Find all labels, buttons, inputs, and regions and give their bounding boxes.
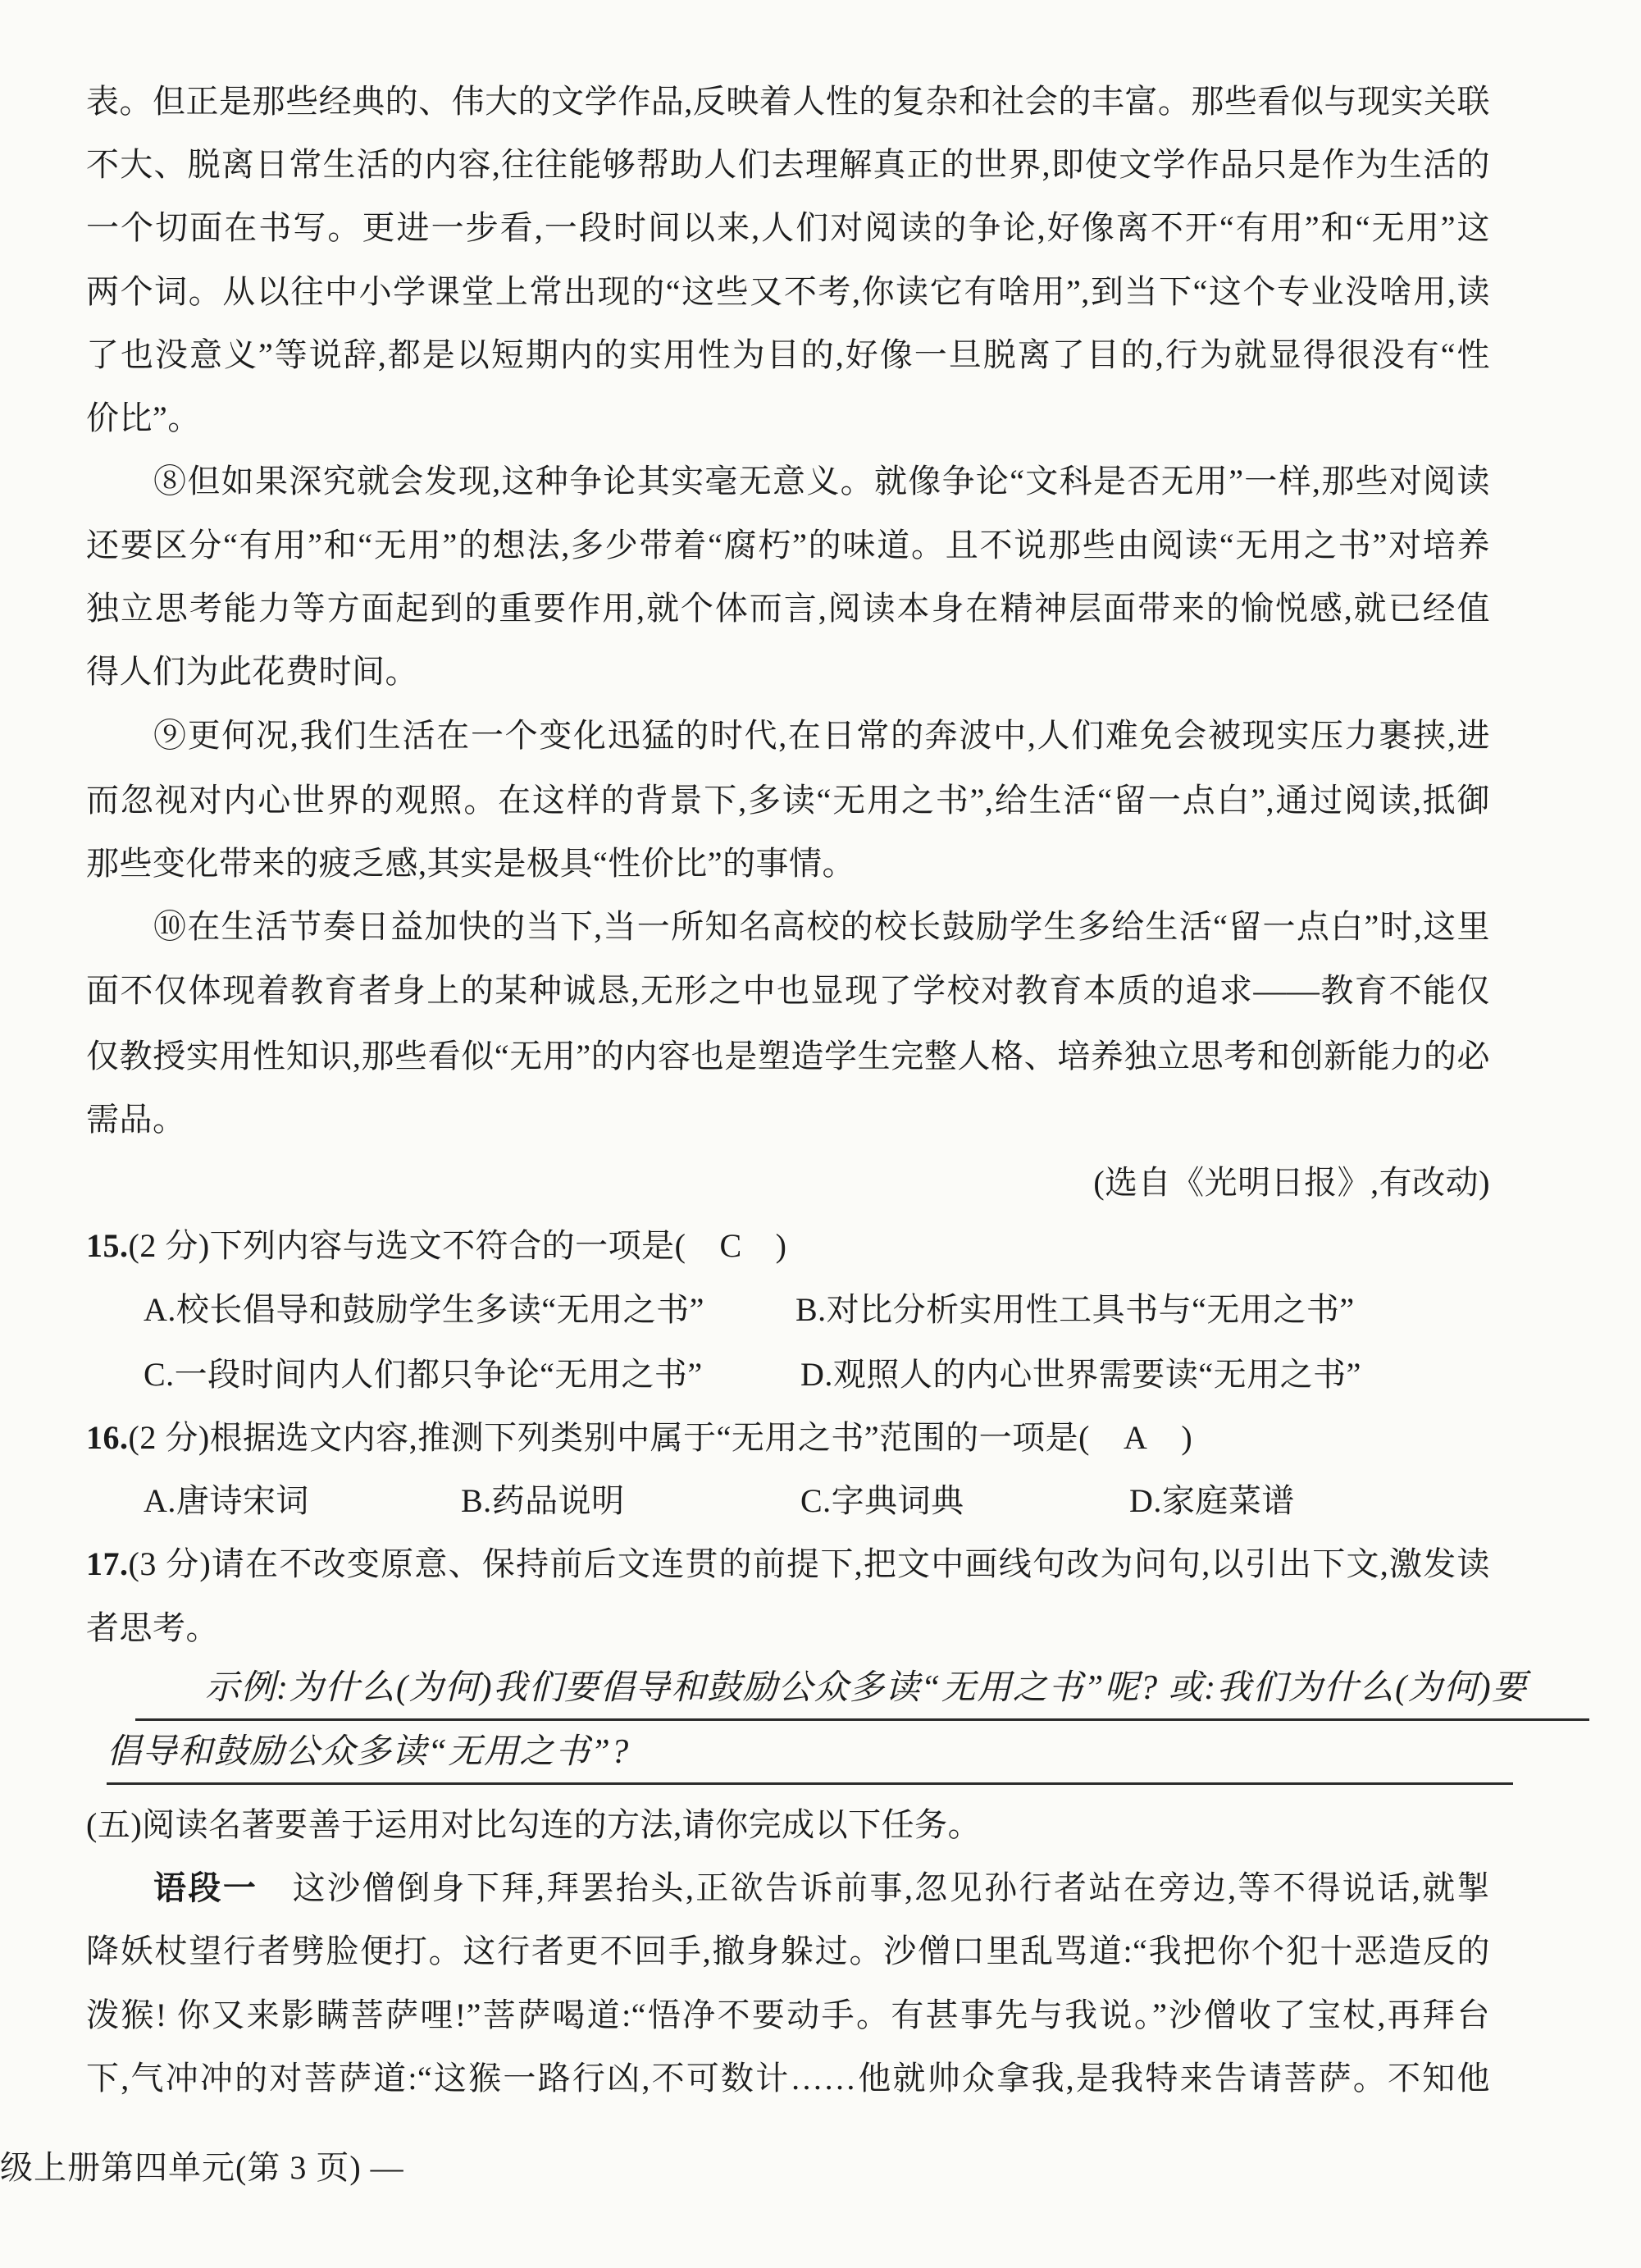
- question-number: 15.: [86, 1227, 129, 1264]
- text-run: 需品。: [86, 1101, 186, 1138]
- question-17-line-1: 17.(3 分)请在不改变原意、保持前后文连贯的前提下,把文中画线句改为问句,以…: [86, 1539, 1490, 1590]
- text-run: 者思考。: [86, 1609, 219, 1646]
- passage-paragraph-8-line-3: 独立思考能力等方面起到的重要作用,就个体而言,阅读本身在精神层面带来的愉悦感,就…: [86, 583, 1490, 634]
- passage-excerpt-1-line-1: 语段一 这沙僧倒身下拜,拜罢抬头,正欲告诉前事,忽见孙行者站在旁边,等不得说话,…: [153, 1863, 1490, 1914]
- text-run: 还要区分“有用”和“无用”的想法,多少带着“腐朽”的味道。且不说那些由阅读“无用…: [86, 527, 1490, 564]
- passage-excerpt-1-line-4: 下,气冲冲的对菩萨道:“这猴一路行凶,不可数计……他就帅众拿我,是我特来告请菩萨…: [86, 2053, 1490, 2104]
- question-15-line-3: C.一段时间内人们都只争论“无用之书”D.观照人的内心世界需要读“无用之书”: [86, 1349, 1490, 1400]
- passage-paragraph-9-line-2: 而忽视对内心世界的观照。在这样的背景下,多读“无用之书”,给生活“留一点白”,通…: [86, 775, 1490, 826]
- passage-paragraph-7-continuation-line-1: 表。但正是那些经典的、伟大的文学作品,反映着人性的复杂和社会的丰富。那些看似与现…: [86, 76, 1490, 127]
- text-run: 而忽视对内心世界的观照。在这样的背景下,多读“无用之书”,给生活“留一点白”,通…: [86, 782, 1490, 819]
- excerpt-label: 语段一: [153, 1869, 258, 1906]
- passage-source-line-1: (选自《光明日报》,有改动): [86, 1157, 1490, 1208]
- exam-page: 表。但正是那些经典的、伟大的文学作品,反映着人性的复杂和社会的丰富。那些看似与现…: [0, 0, 1641, 2268]
- question-16-line-2: A.唐诗宋词B.药品说明C.字典词典D.家庭菜谱: [86, 1476, 1490, 1526]
- section-heading: (五)阅读名著要善于运用对比勾连的方法,请你完成以下任务。: [86, 1806, 981, 1843]
- option-b: B.药品说明: [461, 1476, 625, 1526]
- passage-paragraph-10-line-1: ⑩在生活节奏日益加快的当下,当一所知名高校的校长鼓励学生多给生活“留一点白”时,…: [153, 901, 1490, 952]
- handwritten-answer: 示例:为什么(为何)我们要倡导和鼓励公众多读“无用之书”呢? 或:我们为什么(为…: [205, 1669, 1528, 1707]
- question-17-line-2: 者思考。: [86, 1603, 1490, 1654]
- text-run: 面不仅体现着教育者身上的某种诚恳,无形之中也显现了学校对教育本质的追求——教育不…: [86, 972, 1490, 1009]
- passage-excerpt-1-line-2: 降妖杖望行者劈脸便打。这行者更不回手,撤身躲过。沙僧口里乱骂道:“我把你个犯十恶…: [86, 1926, 1490, 1977]
- question-15-line-2: A.校长倡导和鼓励学生多读“无用之书”B.对比分析实用性工具书与“无用之书”: [86, 1285, 1490, 1335]
- passage-paragraph-7-continuation-line-5: 了也没意义”等说辞,都是以短期内的实用性为目的,好像一旦脱离了目的,行为就显得很…: [86, 330, 1490, 381]
- option-c: C.一段时间内人们都只争论“无用之书”: [144, 1349, 703, 1400]
- text-run: 那些变化带来的疲乏感,其实是极具“性价比”的事情。: [86, 845, 855, 882]
- handwritten-answer: 倡导和鼓励公众多读“无用之书”?: [107, 1733, 630, 1771]
- passage-paragraph-9-line-3: 那些变化带来的疲乏感,其实是极具“性价比”的事情。: [86, 838, 1490, 889]
- text-run: 独立思考能力等方面起到的重要作用,就个体而言,阅读本身在精神层面带来的愉悦感,就…: [86, 590, 1490, 627]
- text-run: 得人们为此花费时间。: [86, 653, 418, 690]
- option-a: A.唐诗宋词: [144, 1476, 309, 1526]
- passage-paragraph-9-line-1: ⑨更何况,我们生活在一个变化迅猛的时代,在日常的奔波中,人们难免会被现实压力裹挟…: [153, 710, 1490, 761]
- question-number: 17.: [86, 1545, 129, 1582]
- source-attribution: (选自《光明日报》,有改动): [1093, 1164, 1490, 1201]
- text-run: 不大、脱离日常生活的内容,往往能够帮助人们去理解真正的世界,即使文学作品只是作为…: [86, 146, 1490, 183]
- text-run: 下,气冲冲的对菩萨道:“这猴一路行凶,不可数计……他就帅众拿我,是我特来告请菩萨…: [86, 2060, 1490, 2097]
- option-c: C.字典词典: [800, 1476, 964, 1526]
- option-a: A.校长倡导和鼓励学生多读“无用之书”: [144, 1285, 704, 1335]
- question-15-line-1: 15.(2 分)下列内容与选文不符合的一项是( C ): [86, 1221, 1490, 1271]
- text-run: 降妖杖望行者劈脸便打。这行者更不回手,撤身躲过。沙僧口里乱骂道:“我把你个犯十恶…: [86, 1933, 1490, 1969]
- question-stem: (3 分)请在不改变原意、保持前后文连贯的前提下,把文中画线句改为问句,以引出下…: [129, 1545, 1491, 1582]
- passage-paragraph-7-continuation-line-6: 价比”。: [86, 393, 1490, 444]
- passage-paragraph-7-continuation-line-4: 两个词。从以往中小学课堂上常出现的“这些又不考,你读它有啥用”,到当下“这个专业…: [86, 267, 1490, 317]
- option-d: D.观照人的内心世界需要读“无用之书”: [800, 1349, 1361, 1400]
- text-run: 这沙僧倒身下拜,拜罢抬头,正欲告诉前事,忽见孙行者站在旁边,等不得说话,就掣: [258, 1869, 1490, 1906]
- passage-paragraph-8-line-1: ⑧但如果深究就会发现,这种争论其实毫无意义。就像争论“文科是否无用”一样,那些对…: [153, 456, 1490, 507]
- page-footer-text: 级上册第四单元(第 3 页) —: [0, 2149, 404, 2186]
- question-17-sample-answer-line-2: 倡导和鼓励公众多读“无用之书”?: [107, 1728, 1513, 1785]
- passage-paragraph-10-line-4: 需品。: [86, 1094, 1490, 1145]
- option-d: D.家庭菜谱: [1129, 1476, 1295, 1526]
- question-stem: (2 分)下列内容与选文不符合的一项是( C ): [129, 1227, 787, 1264]
- passage-paragraph-7-continuation-line-3: 一个切面在书写。更进一步看,一段时间以来,人们对阅读的争论,好像离不开“有用”和…: [86, 203, 1490, 253]
- text-run: 一个切面在书写。更进一步看,一段时间以来,人们对阅读的争论,好像离不开“有用”和…: [86, 209, 1490, 246]
- text-run: 两个词。从以往中小学课堂上常出现的“这些又不考,你读它有啥用”,到当下“这个专业…: [86, 273, 1490, 310]
- passage-paragraph-10-line-2: 面不仅体现着教育者身上的某种诚恳,无形之中也显现了学校对教育本质的追求——教育不…: [86, 965, 1490, 1016]
- passage-paragraph-8-line-4: 得人们为此花费时间。: [86, 646, 1490, 697]
- page-footer-line-1: 级上册第四单元(第 3 页) —: [0, 2143, 1404, 2193]
- text-run: ⑩在生活节奏日益加快的当下,当一所知名高校的校长鼓励学生多给生活“留一点白”时,…: [153, 908, 1490, 945]
- text-run: 了也没意义”等说辞,都是以短期内的实用性为目的,好像一旦脱离了目的,行为就显得很…: [86, 336, 1490, 373]
- option-b: B.对比分析实用性工具书与“无用之书”: [795, 1285, 1355, 1335]
- text-run: 泼猴! 你又来影瞒菩萨哩!”菩萨喝道:“悟净不要动手。有甚事先与我说。”沙僧收了…: [86, 1996, 1490, 2033]
- text-run: 仅教授实用性知识,那些看似“无用”的内容也是塑造学生完整人格、培养独立思考和创新…: [86, 1038, 1490, 1075]
- text-run: 价比”。: [86, 399, 201, 436]
- question-16-line-1: 16.(2 分)根据选文内容,推测下列类别中属于“无用之书”范围的一项是( A …: [86, 1412, 1490, 1463]
- question-number: 16.: [86, 1419, 129, 1456]
- section-5-intro-line-1: (五)阅读名著要善于运用对比勾连的方法,请你完成以下任务。: [86, 1800, 1490, 1850]
- passage-excerpt-1-line-3: 泼猴! 你又来影瞒菩萨哩!”菩萨喝道:“悟净不要动手。有甚事先与我说。”沙僧收了…: [86, 1990, 1490, 2041]
- passage-paragraph-10-line-3: 仅教授实用性知识,那些看似“无用”的内容也是塑造学生完整人格、培养独立思考和创新…: [86, 1031, 1490, 1082]
- text-run: 表。但正是那些经典的、伟大的文学作品,反映着人性的复杂和社会的丰富。那些看似与现…: [86, 83, 1490, 120]
- question-17-sample-answer-line-1: 示例:为什么(为何)我们要倡导和鼓励公众多读“无用之书”呢? 或:我们为什么(为…: [135, 1664, 1589, 1721]
- text-run: ⑧但如果深究就会发现,这种争论其实毫无意义。就像争论“文科是否无用”一样,那些对…: [153, 463, 1490, 500]
- passage-paragraph-8-line-2: 还要区分“有用”和“无用”的想法,多少带着“腐朽”的味道。且不说那些由阅读“无用…: [86, 520, 1490, 571]
- passage-paragraph-7-continuation-line-2: 不大、脱离日常生活的内容,往往能够帮助人们去理解真正的世界,即使文学作品只是作为…: [86, 139, 1490, 190]
- question-stem: (2 分)根据选文内容,推测下列类别中属于“无用之书”范围的一项是( A ): [129, 1419, 1193, 1456]
- text-run: ⑨更何况,我们生活在一个变化迅猛的时代,在日常的奔波中,人们难免会被现实压力裹挟…: [153, 717, 1490, 754]
